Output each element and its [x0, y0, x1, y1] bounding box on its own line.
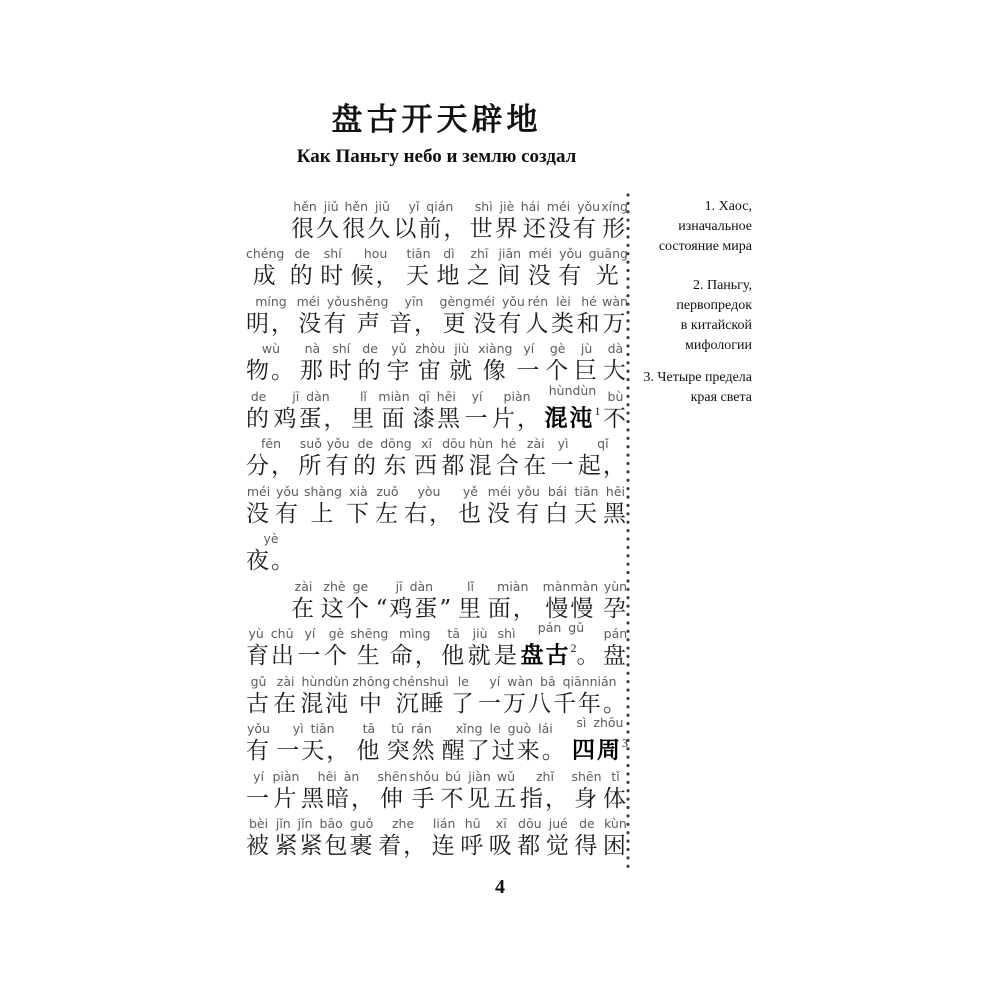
pinyin-text: wù — [262, 341, 280, 357]
ruby-token: xià下 — [346, 484, 371, 529]
ruby-token: de的 — [246, 389, 271, 434]
ruby-token: hùndùn混沌 — [300, 674, 350, 719]
ruby-token: wù物。 — [246, 341, 296, 386]
ruby-token: hùn混 — [469, 436, 494, 481]
hanzi-text: 上 — [310, 500, 335, 529]
margin-note-line: края света — [638, 388, 752, 408]
pinyin-text: hùndùn — [301, 674, 349, 690]
hanzi-text: 间 — [497, 262, 522, 291]
pinyin-text: de — [579, 816, 595, 832]
pinyin-text: yí — [523, 341, 534, 357]
hanzi-text: 光 — [596, 262, 621, 291]
hanzi-text: 没 — [528, 262, 553, 291]
hanzi-text: 明， — [246, 310, 296, 339]
pinyin-text: shǒu — [409, 769, 439, 785]
pinyin-text: de — [362, 341, 378, 357]
pinyin-text: tū rán — [391, 721, 432, 737]
hanzi-text: 像 — [483, 357, 508, 386]
pinyin-text: bù — [608, 389, 624, 405]
ruby-token: yǒu有 — [246, 721, 271, 766]
hanzi-text: 成 — [253, 262, 278, 291]
pinyin-text: míng — [255, 294, 287, 310]
pinyin-text: yùn — [604, 579, 627, 595]
pinyin-text: chéng — [246, 246, 284, 262]
pinyin-text: bái — [548, 484, 567, 500]
text-line: yù chū育出yí一gè个shēng生mìng命，tā他jiù就shì是pán… — [246, 624, 628, 672]
footnote-marker: 1 — [595, 404, 601, 418]
pinyin-text: zuǒ — [376, 484, 398, 500]
pinyin-text: yǒu — [517, 484, 540, 500]
text-line: míng明，méi yǒu没有shēng声yīn音，gèng更méi yǒu没有… — [246, 291, 628, 339]
hanzi-text: 盘古2。 — [520, 636, 601, 671]
pinyin-text: lǐ — [360, 389, 367, 405]
pinyin-text: mànmàn — [543, 579, 599, 595]
ruby-token: hēi àn黑暗， — [301, 769, 376, 814]
pinyin-text: zhī — [470, 246, 488, 262]
ruby-token: fēn分， — [246, 436, 296, 481]
hanzi-text: 分， — [246, 452, 296, 481]
pinyin-text: hùndùn — [549, 383, 597, 399]
ruby-token: zhòu宙 — [415, 341, 445, 386]
ruby-token: pán gǔ盘古2。 — [520, 620, 601, 671]
text-column: hěn jiǔ很久hěn jiǔ很久yǐ qián以前，shì jiè世界hái… — [246, 196, 628, 861]
ruby-token: xī吸 — [489, 816, 514, 861]
ruby-token: yè夜。 — [246, 531, 296, 576]
pinyin-text: shēn — [377, 769, 407, 785]
pinyin-text: jǐn jǐn bāo guǒ — [276, 816, 373, 832]
ruby-token: dōu都 — [441, 436, 466, 481]
pinyin-text: xī — [496, 816, 507, 832]
ruby-token: yě也 — [458, 484, 483, 529]
hanzi-text: 一 — [297, 642, 322, 671]
hanzi-text: 在 — [523, 452, 548, 481]
hanzi-text: 有 — [558, 262, 583, 291]
hanzi-text: 四周3 — [572, 731, 628, 766]
pinyin-text: yì — [558, 436, 569, 452]
pinyin-text: tǐ — [611, 769, 619, 785]
footnote-marker: 2 — [570, 641, 576, 655]
text-line: yǒu有yì tiān一天，tā他tū rán突然xǐng le guò lái… — [246, 719, 628, 767]
pinyin-text: yí — [305, 626, 316, 642]
margin-note-line: состояние мира — [638, 237, 752, 257]
hanzi-text: 混沌1 — [545, 399, 601, 434]
margin-note: 2. Паньгу,первопредокв китайскоймифологи… — [638, 276, 752, 356]
pinyin-text: dōng — [380, 436, 411, 452]
pinyin-text: hēi — [606, 484, 625, 500]
hanzi-text: 一 — [551, 452, 576, 481]
pinyin-text: chénshuì — [393, 674, 449, 690]
ruby-token: yì一 — [551, 436, 576, 481]
hanzi-text: 是 — [494, 642, 519, 671]
hanzi-text: 五 — [493, 785, 518, 814]
hanzi-text: 大 — [603, 357, 628, 386]
page-number: 4 — [0, 876, 1000, 899]
pinyin-text: zhe — [392, 816, 414, 832]
ruby-token: bú不 — [441, 769, 466, 814]
pinyin-text: yí — [472, 389, 483, 405]
pinyin-text: yǒu — [247, 721, 270, 737]
margin-note-line: 2. Паньгу, — [638, 276, 752, 296]
pinyin-text: miàn — [497, 579, 528, 595]
pinyin-text: shí — [332, 341, 350, 357]
ruby-token: wǔ五 — [493, 769, 518, 814]
hanzi-text: 困 — [603, 832, 628, 861]
ruby-token: wàn万 — [602, 294, 628, 339]
hanzi-text: 天 — [574, 500, 599, 529]
pinyin-text: yí wàn bā qiānnián — [489, 674, 616, 690]
ruby-token: yòu右， — [404, 484, 454, 529]
pinyin-text: yǒu — [276, 484, 299, 500]
margin-note-line: мифологии — [638, 336, 752, 356]
hanzi-text: 鸡蛋， — [273, 405, 348, 434]
ruby-token: shì jiè世界 — [470, 199, 520, 244]
hanzi-text: 见 — [467, 785, 492, 814]
ruby-token: rén人 — [525, 294, 550, 339]
ruby-token: yīn音， — [389, 294, 439, 339]
ruby-token: yǐ qián以前， — [393, 199, 468, 244]
text-line: méi没yǒu有shàng上xià下zuǒ左yòu右，yě也méi没yǒu有bá… — [246, 481, 628, 529]
hanzi-text: 着， — [378, 832, 428, 861]
hanzi-text: 指， — [520, 785, 570, 814]
hanzi-text: 和 — [577, 310, 602, 339]
pinyin-text: méi — [247, 484, 270, 500]
ruby-token: chéng成 — [246, 246, 284, 291]
pinyin-text: jù — [581, 341, 592, 357]
hanzi-text: 很久 — [342, 215, 392, 244]
ruby-token: zài在 — [273, 674, 298, 719]
hanzi-text: 个 — [545, 357, 570, 386]
text-line: hěn jiǔ很久hěn jiǔ很久yǐ qián以前，shì jiè世界hái… — [246, 196, 628, 244]
pinyin-text: hái méi yǒu — [521, 199, 600, 215]
pinyin-text: jiù — [473, 626, 488, 642]
hanzi-text: 以前， — [393, 215, 468, 244]
pinyin-text: pán gǔ — [538, 620, 584, 636]
hanzi-text: 的 — [246, 405, 271, 434]
ruby-token: jiàn见 — [467, 769, 492, 814]
ruby-token: lèi类 — [551, 294, 576, 339]
hanzi-text: 古 — [246, 690, 271, 719]
hanzi-text: 他 — [356, 737, 381, 766]
ruby-token: mìng命， — [390, 626, 440, 671]
book-page: 盘古开天辟地 Как Паньгу небо и землю создал hě… — [0, 0, 1000, 1000]
ruby-token: méi yǒu没有 — [472, 294, 525, 339]
pinyin-text: hěn jiǔ — [293, 199, 338, 215]
ruby-token: méi没 — [246, 484, 271, 529]
ruby-token: yù chū育出 — [246, 626, 296, 671]
ruby-token: jué觉 — [546, 816, 571, 861]
hanzi-text: 更 — [443, 310, 468, 339]
pinyin-text: jī dàn — [396, 579, 433, 595]
pinyin-text: bú — [445, 769, 461, 785]
ruby-token: yì tiān一天， — [276, 721, 351, 766]
pinyin-text: wàn — [602, 294, 628, 310]
ruby-token: xíng形 — [601, 199, 628, 244]
hanzi-text: 他 — [441, 642, 466, 671]
ruby-token: de的 — [290, 246, 315, 291]
hanzi-text: 生 — [357, 642, 382, 671]
hanzi-text: 这个 — [321, 595, 371, 624]
pinyin-text: jiù — [454, 341, 469, 357]
text-line: bèi被jǐn jǐn bāo guǒ紧紧包裹zhe着，lián连hū呼xī吸d… — [246, 814, 628, 862]
ruby-token: dì地 — [436, 246, 461, 291]
hanzi-text: 就 — [468, 642, 493, 671]
ruby-token: tū rán突然 — [387, 721, 437, 766]
text-line: de的jī dàn鸡蛋，lǐ里miàn面qī hēi漆黑yí一piàn片，hùn… — [246, 386, 628, 434]
pinyin-text: zhǐ — [536, 769, 554, 785]
hanzi-text: 伸 — [380, 785, 405, 814]
pinyin-text: zài — [527, 436, 545, 452]
pinyin-text: xī — [421, 436, 432, 452]
ruby-token: piàn片 — [272, 769, 299, 814]
hanzi-text: 黑暗， — [301, 785, 376, 814]
ruby-token: shàng上 — [304, 484, 342, 529]
ruby-token: jù巨 — [574, 341, 599, 386]
hanzi-text: 在 — [273, 690, 298, 719]
text-line: chéng成de的shí时hou候，tiān天dì地zhī之jiān间méi没y… — [246, 244, 628, 292]
page-subtitle: Как Паньгу небо и землю создал — [195, 146, 678, 168]
ruby-token: dōng东 — [380, 436, 411, 481]
ruby-token: bèi被 — [246, 816, 271, 861]
ruby-token: shēng声 — [350, 294, 388, 339]
pinyin-text: guāng — [589, 246, 628, 262]
ruby-token: suǒ所 — [298, 436, 323, 481]
pinyin-text: hēi àn — [318, 769, 360, 785]
ruby-token: míng明， — [246, 294, 296, 339]
ruby-token: shēn伸 — [377, 769, 407, 814]
margin-note-line: в китайской — [638, 316, 752, 336]
hanzi-text: 慢慢 — [545, 595, 595, 624]
hanzi-text: 东 — [383, 452, 408, 481]
ruby-token: jī dàn“鸡蛋” — [376, 579, 454, 624]
ruby-token: nà那 — [300, 341, 325, 386]
hanzi-text: 里 — [458, 595, 483, 624]
page-title: 盘古开天辟地 — [245, 94, 628, 139]
pinyin-text: hé — [581, 294, 597, 310]
ruby-token: shēn身 — [571, 769, 601, 814]
hanzi-text: 不 — [603, 405, 628, 434]
hanzi-text: 在 — [291, 595, 316, 624]
pinyin-text: yì tiān — [293, 721, 335, 737]
hanzi-text: 有 — [275, 500, 300, 529]
hanzi-text: 了 — [451, 690, 476, 719]
hanzi-text: 漆黑 — [412, 405, 462, 434]
ruby-token: zhe着， — [378, 816, 428, 861]
ruby-token: hái méi yǒu还没有 — [521, 199, 600, 244]
hanzi-text: 很久 — [291, 215, 341, 244]
hanzi-text: 不 — [441, 785, 466, 814]
hanzi-text: 连 — [432, 832, 457, 861]
hanzi-text: 一万八千年。 — [478, 690, 628, 719]
hanzi-text: 都 — [441, 452, 466, 481]
ruby-token: yǒu有 — [516, 484, 541, 529]
hanzi-text: 黑 — [603, 500, 628, 529]
ruby-token: yǒu有 — [275, 484, 300, 529]
hanzi-text: 混 — [469, 452, 494, 481]
pinyin-text: shì — [498, 626, 516, 642]
text-line: gǔ古zài在hùndùn混沌zhōng中chénshuì沉睡le了yí wàn… — [246, 671, 628, 719]
pinyin-text: kùn — [604, 816, 627, 832]
pinyin-text: suǒ — [300, 436, 322, 452]
hanzi-text: 天 — [406, 262, 431, 291]
ruby-token: le了 — [451, 674, 476, 719]
ruby-token: zhōng中 — [352, 674, 390, 719]
hanzi-text: 有 — [246, 737, 271, 766]
hanzi-text: 西 — [414, 452, 439, 481]
hanzi-text: 身 — [574, 785, 599, 814]
hanzi-text: 宇 — [386, 357, 411, 386]
ruby-token: hé和 — [577, 294, 602, 339]
hanzi-text: 合 — [496, 452, 521, 481]
margin-note: 1. Хаос,изначальноесостояние мира — [638, 197, 752, 257]
ruby-token: pán盘 — [603, 626, 628, 671]
text-line: yí一piàn片hēi àn黑暗，shēn伸shǒu手bú不jiàn见wǔ五zh… — [246, 766, 628, 814]
pinyin-text: gè — [550, 341, 566, 357]
ruby-token: tiān天 — [574, 484, 599, 529]
pinyin-text: bèi — [249, 816, 268, 832]
margin-note: 3. Четыре пределакрая света — [638, 368, 752, 408]
hanzi-text: 有 — [516, 500, 541, 529]
pinyin-text: gè — [329, 626, 345, 642]
hanzi-text: 呼 — [460, 832, 485, 861]
ruby-token: hū呼 — [460, 816, 485, 861]
pinyin-text: tā — [447, 626, 460, 642]
ruby-token: miàn面， — [488, 579, 538, 624]
hanzi-text: 物。 — [246, 357, 296, 386]
hanzi-text: 巨 — [574, 357, 599, 386]
hanzi-text: 沉睡 — [396, 690, 446, 719]
ruby-token: zhǐ指， — [520, 769, 570, 814]
hanzi-text: 得 — [574, 832, 599, 861]
margin-notes-column: 1. Хаос,изначальноесостояние мира2. Пань… — [638, 0, 752, 1000]
pinyin-text: yè — [263, 531, 278, 547]
ruby-token: mànmàn慢慢 — [543, 579, 599, 624]
pinyin-text: dì — [443, 246, 454, 262]
pinyin-text: shàng — [304, 484, 342, 500]
ruby-token: gè个 — [324, 626, 349, 671]
hanzi-text: 醒了过来。 — [442, 737, 567, 766]
hanzi-text: 也 — [458, 500, 483, 529]
pinyin-text: shēng — [350, 626, 388, 642]
ruby-token: lǐ里 — [458, 579, 483, 624]
ruby-token: shì是 — [494, 626, 519, 671]
pinyin-text: de — [294, 246, 310, 262]
pinyin-text: de — [358, 436, 374, 452]
hanzi-text: 的 — [290, 262, 315, 291]
margin-note-line: первопредок — [638, 296, 752, 316]
ruby-token: shǒu手 — [409, 769, 439, 814]
pinyin-text: piàn — [504, 389, 531, 405]
ruby-token: shí时 — [329, 341, 354, 386]
hanzi-text: 体 — [603, 785, 628, 814]
hanzi-text: 中 — [359, 690, 384, 719]
pinyin-text: yǔ — [391, 341, 406, 357]
ruby-token: yǔ宇 — [386, 341, 411, 386]
pinyin-text: dōu — [518, 816, 542, 832]
hanzi-text: 人 — [525, 310, 550, 339]
pinyin-text: tiān — [407, 246, 431, 262]
ruby-token: xiàng像 — [478, 341, 512, 386]
ruby-token: yí一 — [297, 626, 322, 671]
pinyin-text: yě — [463, 484, 478, 500]
hanzi-text: 里 — [351, 405, 376, 434]
dotted-separator — [626, 193, 630, 869]
pinyin-text: de — [251, 389, 267, 405]
hanzi-text: 类 — [551, 310, 576, 339]
pinyin-text: shēn — [571, 769, 601, 785]
ruby-token: chénshuì沉睡 — [393, 674, 449, 719]
hanzi-text: 紧紧包裹 — [275, 832, 375, 861]
pinyin-text: sì zhōu — [576, 715, 623, 731]
ruby-token: dà大 — [603, 341, 628, 386]
hanzi-text: 育出 — [246, 642, 296, 671]
ruby-token: de的 — [353, 436, 378, 481]
ruby-token: dōu都 — [517, 816, 542, 861]
ruby-token: de得 — [574, 816, 599, 861]
hanzi-text: 个 — [324, 642, 349, 671]
hanzi-text: 左 — [375, 500, 400, 529]
hanzi-text: 之 — [467, 262, 492, 291]
ruby-token: méi没 — [487, 484, 512, 529]
pinyin-text: jiān — [499, 246, 522, 262]
hanzi-text: 地 — [436, 262, 461, 291]
pinyin-text: tā — [363, 721, 376, 737]
hanzi-text: 形 — [602, 215, 627, 244]
ruby-token: guāng光 — [589, 246, 628, 291]
hanzi-text: 夜。 — [246, 547, 296, 576]
pinyin-text: piàn — [272, 769, 299, 785]
hanzi-text: 万 — [603, 310, 628, 339]
text-line: yè夜。 — [246, 529, 628, 577]
ruby-token: yùn孕 — [603, 579, 628, 624]
ruby-token: jiù就 — [449, 341, 474, 386]
pinyin-text: méi yǒu — [297, 294, 350, 310]
pinyin-text: xǐng le guò lái — [456, 721, 553, 737]
pinyin-text: qī hēi — [418, 389, 455, 405]
hanzi-text: 都 — [517, 832, 542, 861]
pinyin-text: wǔ — [497, 769, 515, 785]
pinyin-text: shēng — [350, 294, 388, 310]
ruby-token: bái白 — [545, 484, 570, 529]
pinyin-text: shí — [324, 246, 342, 262]
hanzi-text: 一 — [516, 357, 541, 386]
hanzi-text: 被 — [246, 832, 271, 861]
ruby-token: xī西 — [414, 436, 439, 481]
ruby-token: tā他 — [441, 626, 466, 671]
ruby-token: lǐ里 — [351, 389, 376, 434]
hanzi-text: 还没有 — [523, 215, 598, 244]
hanzi-text: 觉 — [546, 832, 571, 861]
text-line: wù物。nà那shí时de的yǔ宇zhòu宙jiù就xiàng像yí一gè个jù… — [246, 339, 628, 387]
hanzi-text: 一天， — [276, 737, 351, 766]
hanzi-text: 盘 — [603, 642, 628, 671]
ruby-token: méi没 — [528, 246, 553, 291]
pinyin-text: yù chū — [248, 626, 293, 642]
ruby-token: yǒu有 — [326, 436, 351, 481]
pinyin-text: jiàn — [468, 769, 491, 785]
pinyin-text: gǔ — [251, 674, 267, 690]
pinyin-text: dà — [608, 341, 624, 357]
pinyin-text: méi — [529, 246, 552, 262]
pinyin-text: gèng — [440, 294, 471, 310]
pinyin-text: dōu — [442, 436, 466, 452]
ruby-token: miàn面 — [378, 389, 409, 434]
pinyin-text: yīn — [405, 294, 424, 310]
text-line: fēn分，suǒ所yǒu有de的dōng东xī西dōu都hùn混hé合zài在y… — [246, 434, 628, 482]
hanzi-text: “鸡蛋” — [376, 595, 454, 624]
ruby-token: bù不 — [603, 389, 628, 434]
margin-note-line: изначальное — [638, 217, 752, 237]
hanzi-text: 没 — [246, 500, 271, 529]
